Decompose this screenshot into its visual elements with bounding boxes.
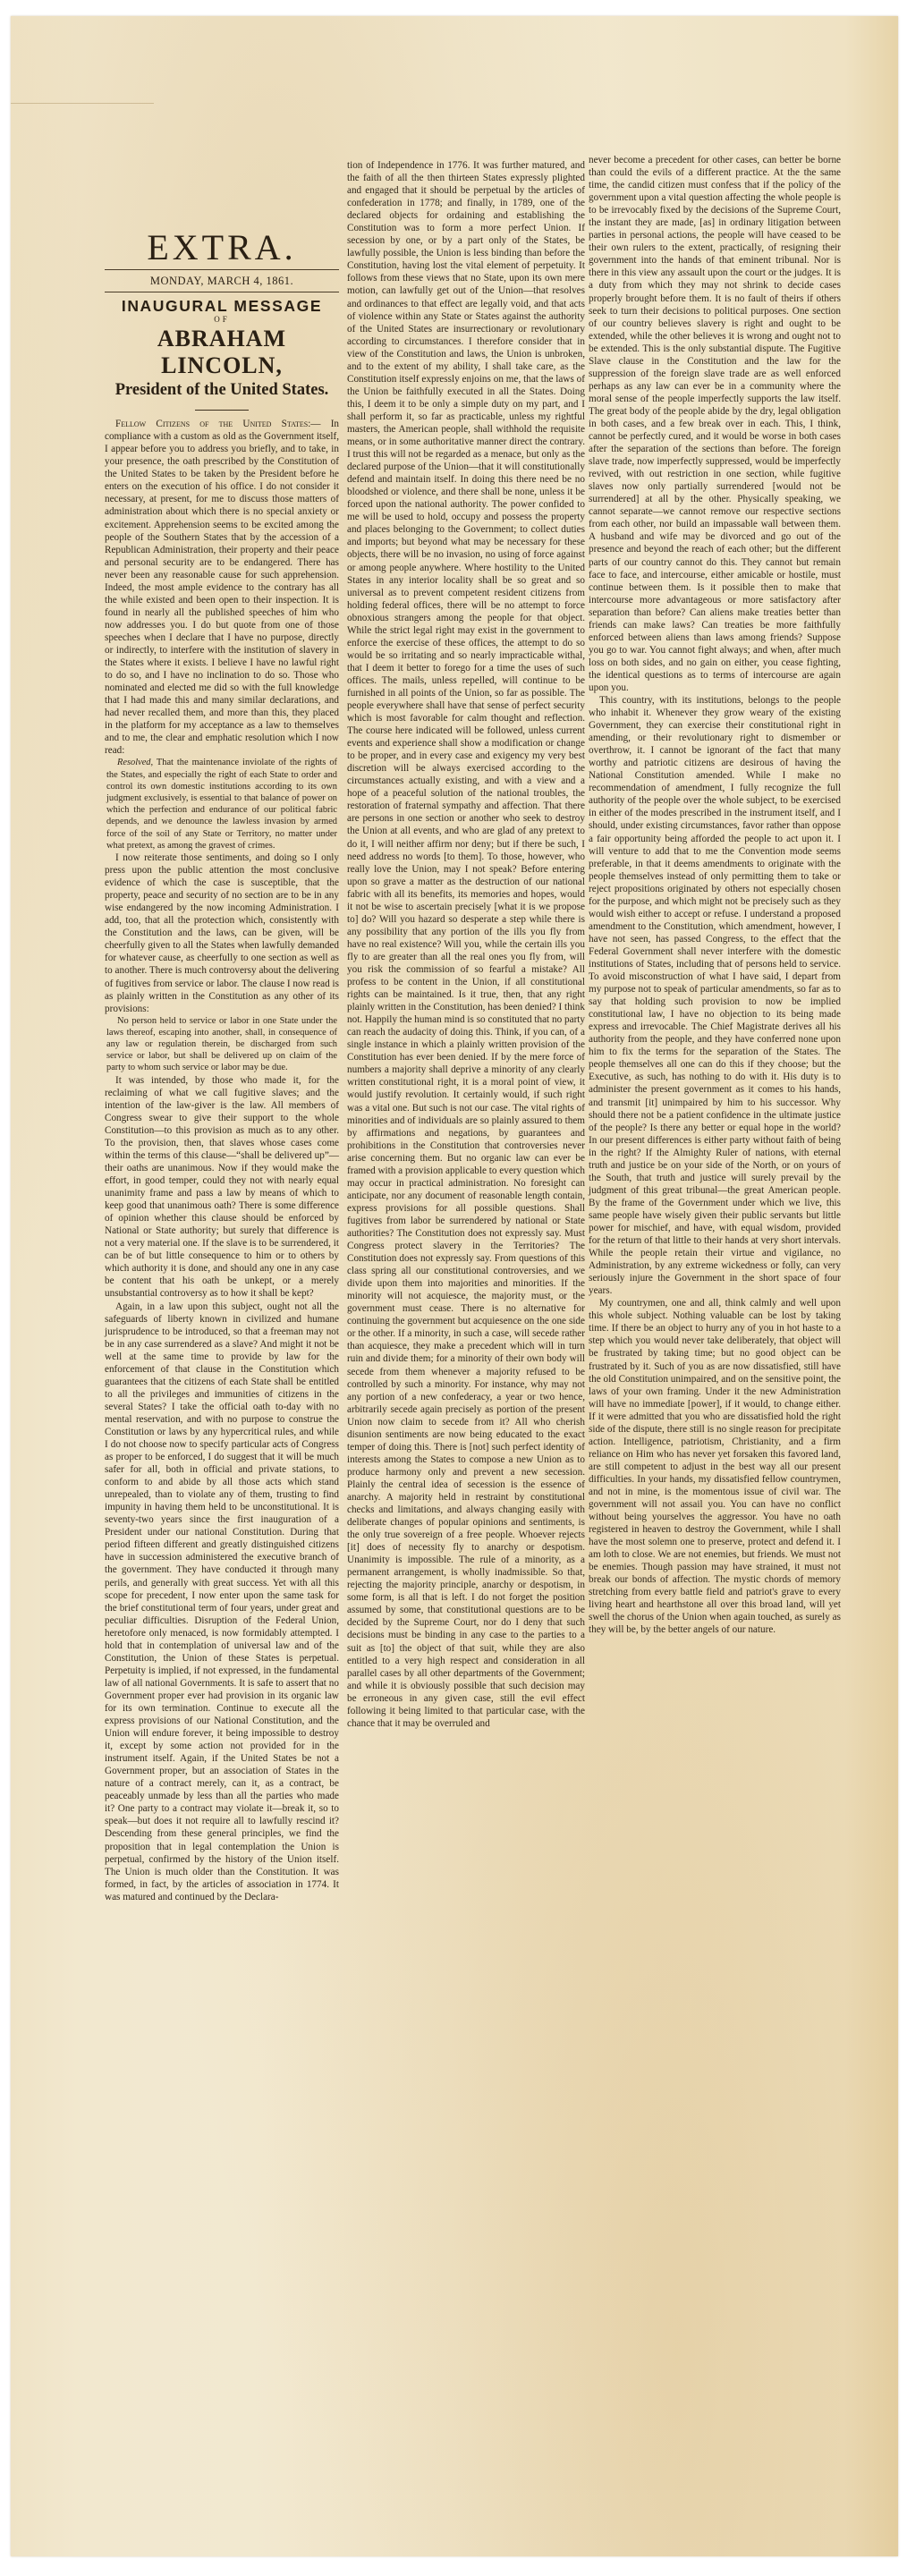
column-2: tion of Independence in 1776. It was fur… [347,159,585,1730]
paragraph: Fellow Citizens of the United States:— I… [105,418,339,757]
constitution-quote: No person held to service or labor in on… [105,1015,339,1074]
subtitle: President of the United States. [105,379,339,401]
paragraph: I now reiterate those sentiments, and do… [105,852,339,1015]
short-divider [195,410,249,411]
paragraph: It was intended, by those who made it, f… [105,1074,339,1301]
masthead: EXTRA. MONDAY, MARCH 4, 1861. INAUGURAL … [105,228,339,411]
paragraph: This country, with its institutions, bel… [589,694,841,1297]
extra-title: EXTRA. [105,228,339,267]
resolved-label: Resolved, [117,758,153,767]
resolution-paragraph: Resolved, That the maintenance inviolate… [105,757,339,852]
column-1: EXTRA. MONDAY, MARCH 4, 1861. INAUGURAL … [105,228,339,1903]
masthead-rule-bottom [105,292,339,292]
issue-date: MONDAY, MARCH 4, 1861. [105,272,339,290]
paper-fold-line [11,103,154,104]
salutation: Fellow Citizens of the United States:— [115,419,321,429]
paragraph: Again, in a law upon this subject, ought… [105,1301,339,1903]
paragraph: My countrymen, one and all, think calmly… [589,1297,841,1636]
column-3: never become a precedent for other cases… [589,154,841,1637]
headline: INAUGURAL MESSAGE [105,294,339,312]
headline-of: OF [105,313,339,326]
paragraph: never become a precedent for other cases… [589,154,841,694]
president-name: ABRAHAM LINCOLN, [105,326,339,379]
masthead-rule-top [105,269,339,270]
paragraph: tion of Independence in 1776. It was fur… [347,159,585,1730]
